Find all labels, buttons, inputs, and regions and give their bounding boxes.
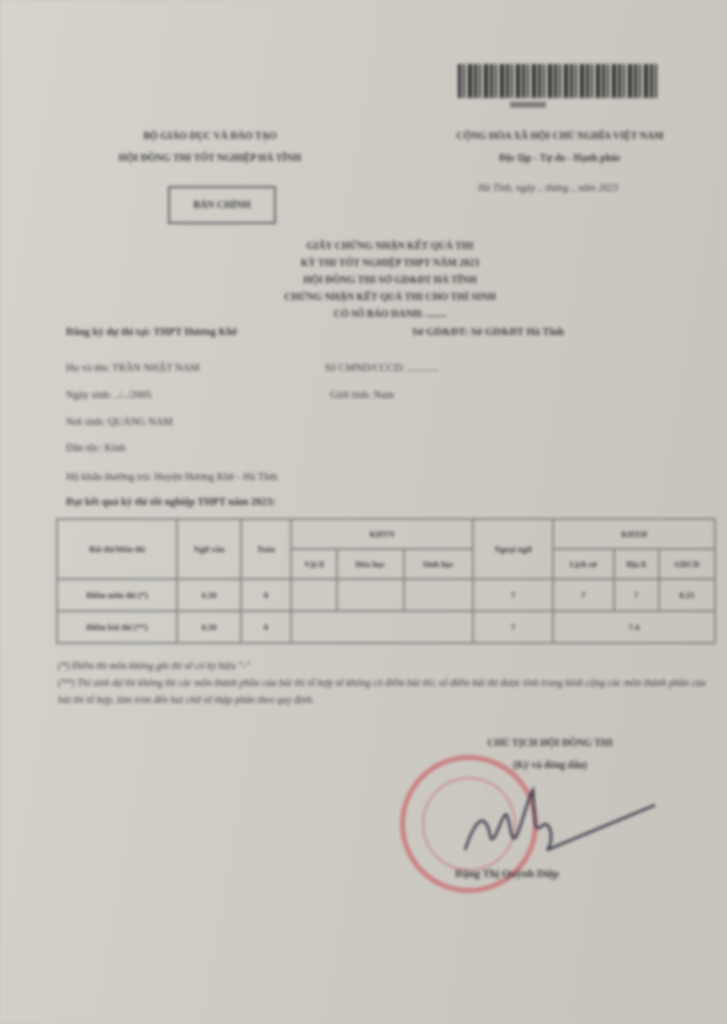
cell [337,579,404,611]
original-copy-label: BẢN CHÍNH [168,186,276,224]
row-label: Điểm bài thi (**) [57,611,177,643]
col-geography: Địa lí [614,549,659,579]
title-line: GIẤY CHỨNG NHẬN KẾT QUẢ THI [150,238,630,255]
issuer-header: BỘ GIÁO DỤC VÀ ĐÀO TẠO HỘI ĐỒNG THI TỐT … [60,126,360,170]
footnote: (*) Điểm thi môn không ghi thi sẽ có ký … [58,658,718,675]
col-foreign-language: Ngoại ngữ [473,519,553,579]
ministry-name: BỘ GIÁO DỤC VÀ ĐÀO TẠO [60,126,360,148]
cell: 7 [473,579,553,611]
registration-place: Đăng ký dự thi tại: THPT Hương Khê [66,327,237,338]
council-name: HỘI ĐỒNG THI TỐT NGHIỆP HÀ TĨNH [60,148,360,170]
gender: Giới tính: Nam [330,390,394,401]
col-khxh: KHXH [553,519,715,549]
col-type: Bài thi/Môn thi [57,519,177,579]
cell: 7 [614,579,659,611]
col-physics: Vật lí [291,549,337,579]
footnote: (**) Thí sinh dự thi không thi các môn t… [58,675,718,709]
title-line: CÓ SỐ BÁO DANH: ........ [150,306,630,323]
cell: 7.4 [553,611,715,643]
cell [404,579,474,611]
score-table: Bài thi/Môn thi Ngữ văn Toán KHTN Ngoại … [56,518,716,644]
address: Hộ khẩu thường trú: Huyện Hương Khê - Hà… [66,472,278,483]
candidate-name: Họ và tên: TRẦN NHẬT NAM [66,363,199,374]
col-math: Toán [241,519,291,579]
cell: 8 [241,579,291,611]
cell [291,579,337,611]
ethnicity: Dân tộc: Kinh [66,443,126,454]
signer-name: Đặng Thị Quỳnh Diệp [455,868,559,880]
title-line: HỘI ĐỒNG THI SỞ GD&ĐT HÀ TĨNH [150,272,630,289]
col-chemistry: Hóa học [337,549,404,579]
cell: 8.25 [659,579,715,611]
cell: 6.50 [177,611,241,643]
cell: 7 [473,611,553,643]
barcode-number: 00000000 [510,100,546,110]
col-khtn: KHTN [291,519,473,549]
birth-place: Nơi sinh: QUẢNG NAM [66,417,173,428]
col-biology: Sinh học [404,549,474,579]
cell: 6.50 [177,579,241,611]
document-title: GIẤY CHỨNG NHẬN KẾT QUẢ THI KỲ THI TỐT N… [150,238,630,323]
footnotes: (*) Điểm thi môn không ghi thi sẽ có ký … [58,658,718,709]
motto: Độc lập - Tự do - Hạnh phúc [395,148,725,170]
department: Sở GD&ĐT: Sở GD&ĐT Hà Tĩnh [412,327,564,338]
issue-date: Hà Tĩnh, ngày .. tháng .. năm 2023 [478,183,618,194]
exam-certificate-page: 00000000 BỘ GIÁO DỤC VÀ ĐÀO TẠO HỘI ĐỒNG… [0,0,727,1024]
col-history: Lịch sử [553,549,614,579]
cell: 8 [241,611,291,643]
col-literature: Ngữ văn [177,519,241,579]
barcode [458,64,658,98]
handwritten-signature [455,780,665,870]
title-line: CHỨNG NHẬN KẾT QUẢ THI CHO THÍ SINH [150,289,630,306]
title-line: KỲ THI TỐT NGHIỆP THPT NĂM 2023 [150,255,630,272]
results-heading: Đạt kết quả kỳ thi tốt nghiệp THPT năm 2… [66,497,275,508]
id-number: Số CMND/CCCD: ............ [325,363,439,374]
table-row: Điểm bài thi (**) 6.50 8 7 7.4 [57,611,715,643]
cell [291,611,473,643]
cell: 7 [553,579,614,611]
signer-role: CHỦ TỊCH HỘI ĐỒNG THI [420,733,680,755]
national-motto: CỘNG HÒA XÃ HỘI CHỦ NGHĨA VIỆT NAM Độc l… [395,126,725,170]
table-row: Điểm môn thi (*) 6.50 8 7 7 7 8.25 [57,579,715,611]
birth-date: Ngày sinh: ../../2005 [66,390,152,401]
row-label: Điểm môn thi (*) [57,579,177,611]
col-civics: GDCD [659,549,715,579]
country-name: CỘNG HÒA XÃ HỘI CHỦ NGHĨA VIỆT NAM [395,126,725,148]
